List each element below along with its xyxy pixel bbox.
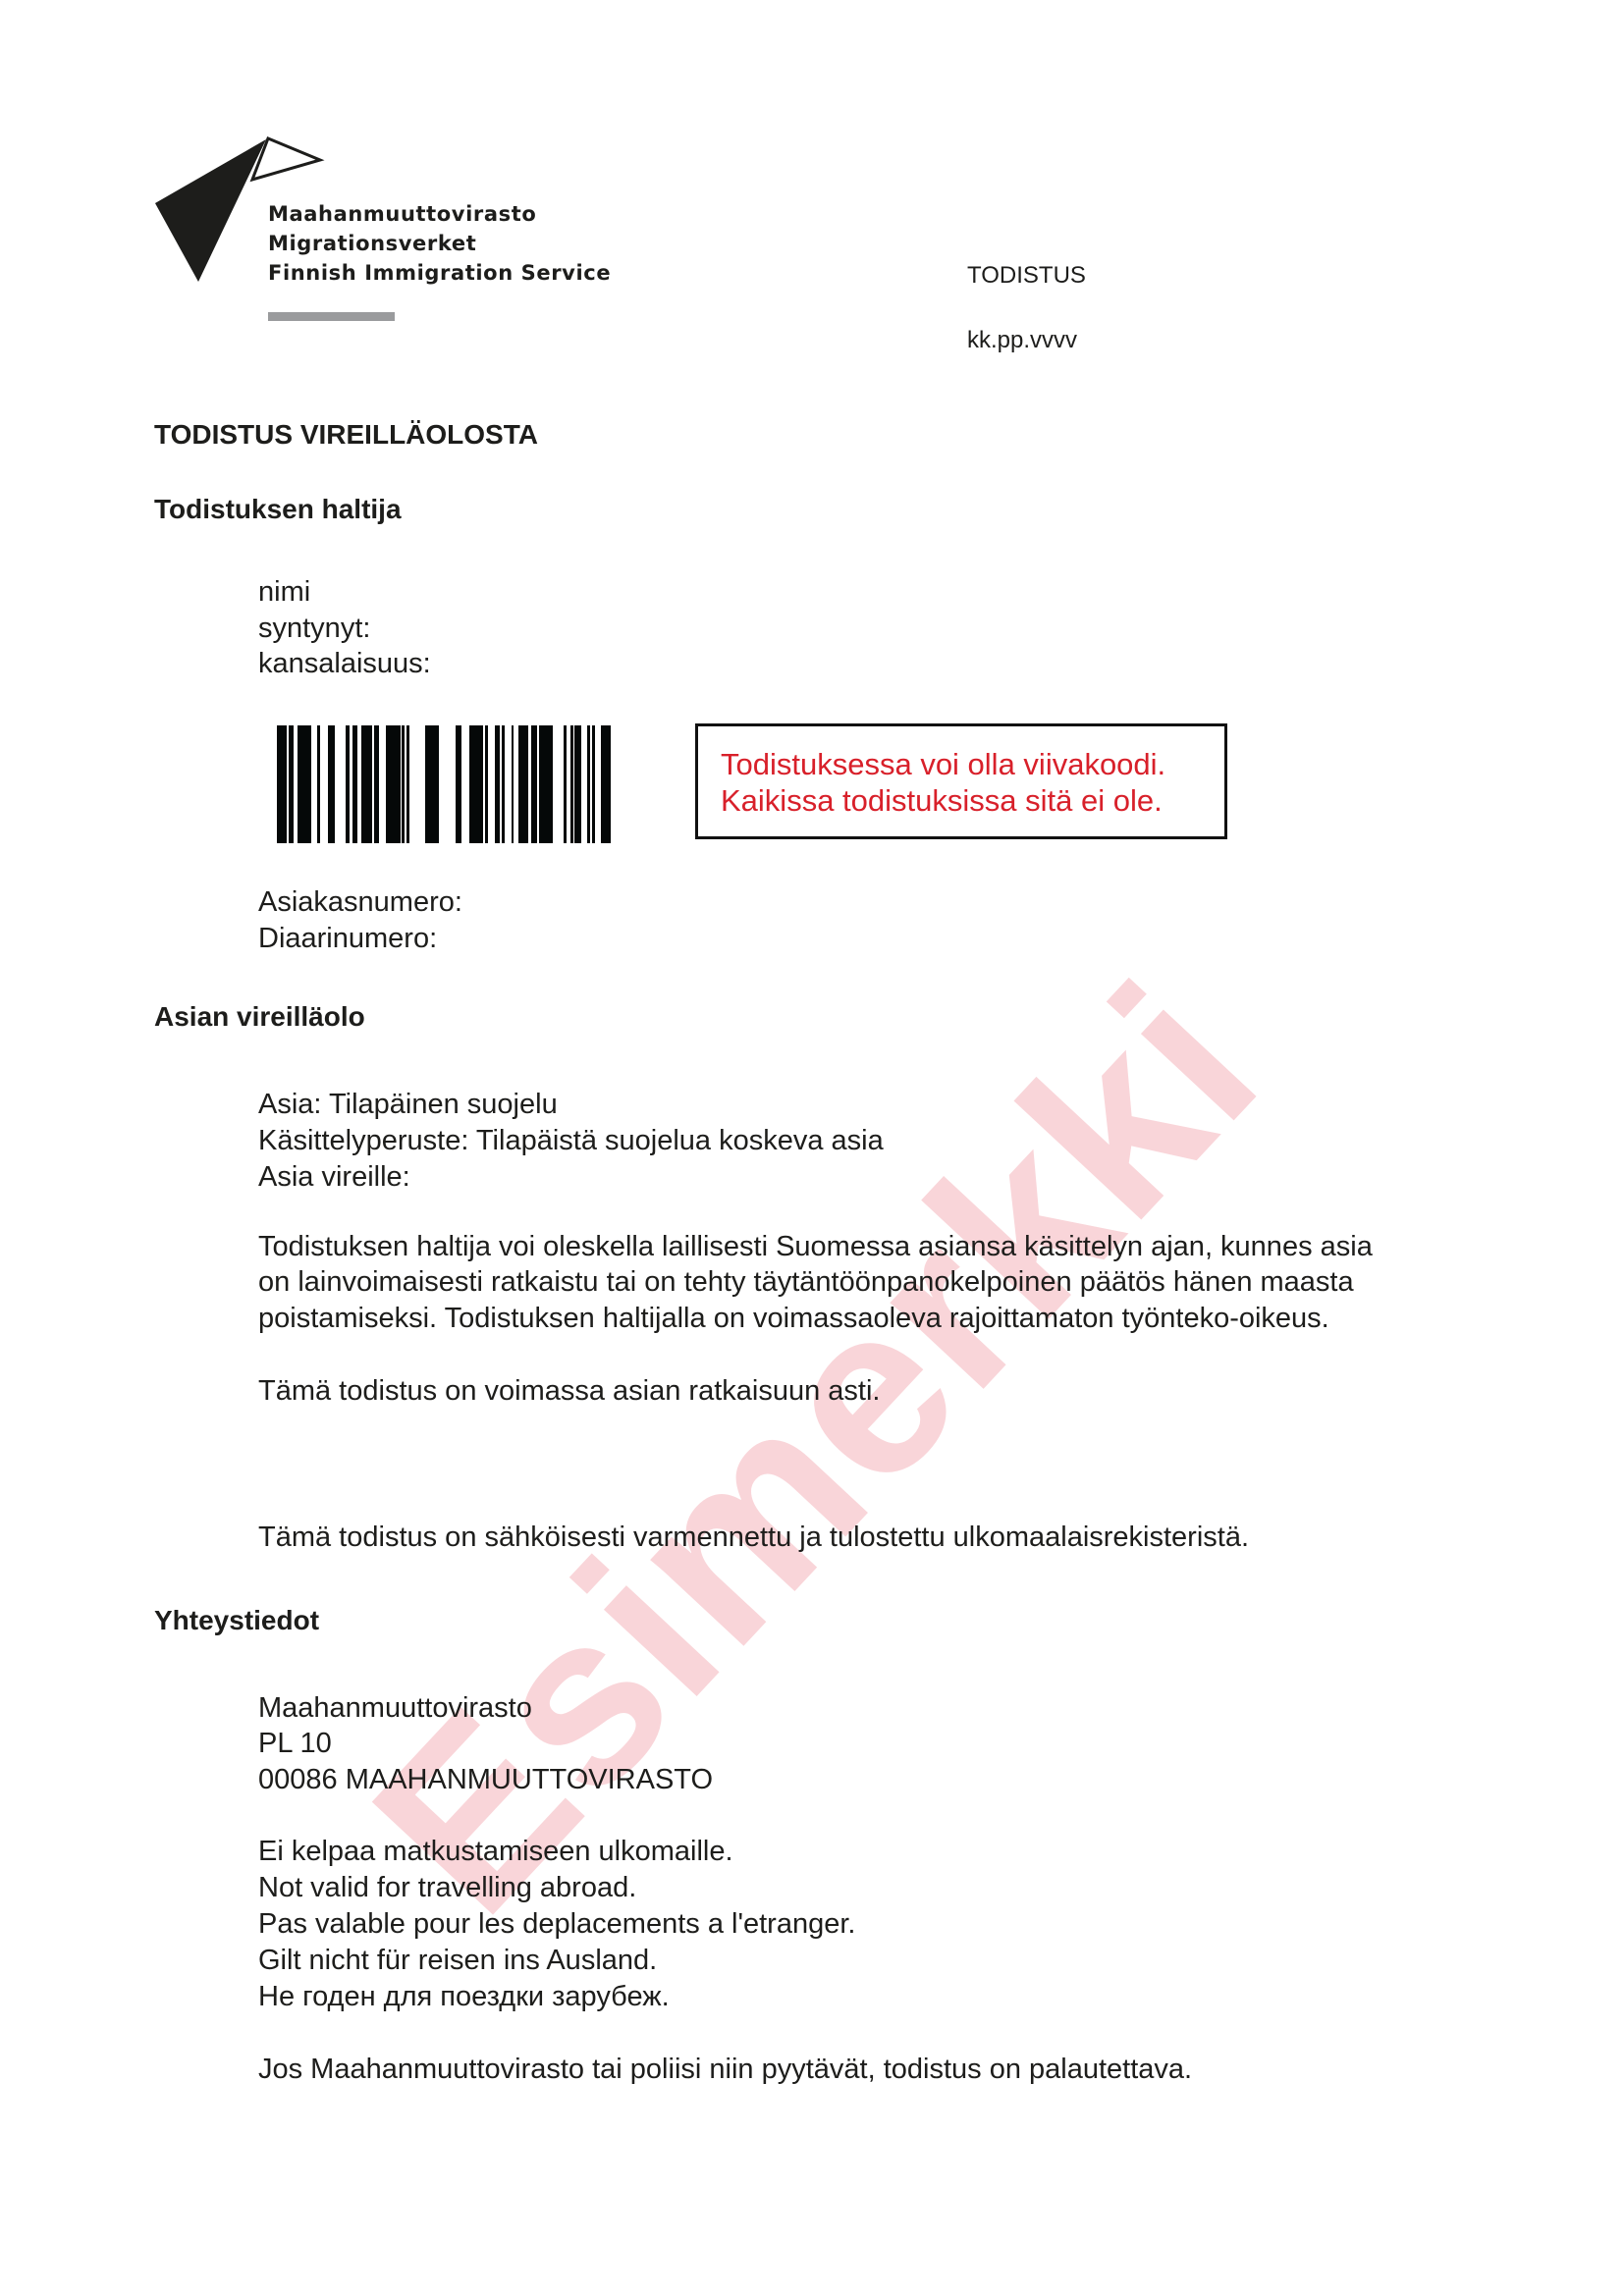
logo-underline-bar xyxy=(268,312,395,321)
section-heading-contact: Yhteystiedot xyxy=(154,1602,319,1638)
address-line-1: Maahanmuuttovirasto xyxy=(258,1690,532,1727)
section-heading-pending: Asian vireilläolo xyxy=(154,998,365,1035)
processing-basis-field: Käsittelyperuste: Tilapäistä suojelua ko… xyxy=(258,1123,884,1159)
document-date: kk.pp.vvvv xyxy=(967,326,1077,355)
barcode-icon xyxy=(277,725,612,843)
holder-born-field: syntynyt: xyxy=(258,611,370,647)
logo-name-fi: Maahanmuuttovirasto xyxy=(268,199,536,229)
case-initiated-field: Asia vireille: xyxy=(258,1159,410,1196)
disclaimer-de: Gilt nicht für reisen ins Ausland. xyxy=(258,1943,657,1979)
validity-statement: Tämä todistus on voimassa asian ratkaisu… xyxy=(258,1373,880,1410)
section-heading-holder: Todistuksen haltija xyxy=(154,491,402,527)
case-type-field: Asia: Tilapäinen suojelu xyxy=(258,1087,558,1123)
page-title: TODISTUS VIREILLÄOLOSTA xyxy=(154,416,538,453)
verification-statement: Tämä todistus on sähköisesti varmennettu… xyxy=(258,1520,1249,1556)
barcode-note-box: Todistuksessa voi olla viivakoodi. Kaiki… xyxy=(695,723,1227,839)
address-line-3: 00086 MAAHANMUUTTOVIRASTO xyxy=(258,1762,713,1798)
document-page: Maahanmuuttovirasto Migrationsverket Fin… xyxy=(0,0,1624,2296)
address-line-2: PL 10 xyxy=(258,1726,332,1762)
logo-name-sv: Migrationsverket xyxy=(268,229,476,258)
customer-number-field: Asiakasnumero: xyxy=(258,884,462,921)
disclaimer-fr: Pas valable pour les deplacements a l'et… xyxy=(258,1906,855,1943)
disclaimer-fi: Ei kelpaa matkustamiseen ulkomaille. xyxy=(258,1834,733,1870)
rights-paragraph-line-2: on lainvoimaisesti ratkaistu tai on teht… xyxy=(258,1264,1354,1301)
record-number-field: Diaarinumero: xyxy=(258,921,437,957)
barcode-note-line-1: Todistuksessa voi olla viivakoodi. xyxy=(721,746,1165,782)
rights-paragraph-line-3: poistamiseksi. Todistuksen haltijalla on… xyxy=(258,1301,1329,1337)
disclaimer-ru: Не годен для поездки зарубеж. xyxy=(258,1979,670,2015)
document-type-label: TODISTUS xyxy=(967,261,1086,291)
return-notice: Jos Maahanmuuttovirasto tai poliisi niin… xyxy=(258,2052,1192,2088)
barcode-note-line-2: Kaikissa todistuksissa sitä ei ole. xyxy=(721,782,1163,819)
holder-name-field: nimi xyxy=(258,574,310,611)
disclaimer-en: Not valid for travelling abroad. xyxy=(258,1870,636,1906)
rights-paragraph-line-1: Todistuksen haltija voi oleskella lailli… xyxy=(258,1229,1373,1265)
logo-name-en: Finnish Immigration Service xyxy=(268,258,611,288)
holder-nationality-field: kansalaisuus: xyxy=(258,646,431,682)
